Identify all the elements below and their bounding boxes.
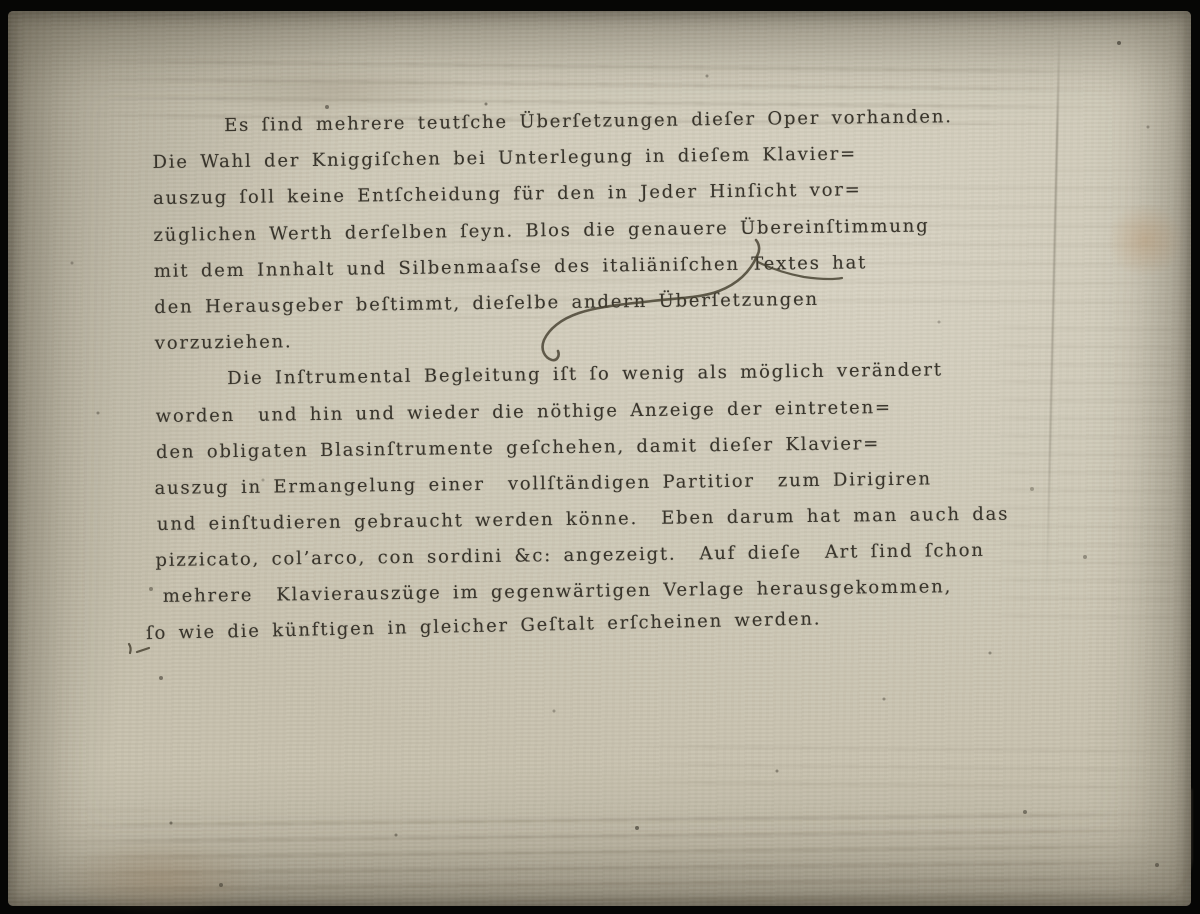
showthrough-lines-right — [988, 311, 1193, 621]
showthrough-lines-bottom — [50, 809, 1170, 901]
showthrough-lines-lower — [638, 733, 1168, 797]
stain — [60, 839, 260, 914]
text-block: Es ſind mehrere teutſche Überſetzungen d… — [152, 106, 1011, 659]
photo-frame: Es ſind mehrere teutſche Überſetzungen d… — [0, 0, 1200, 914]
plate-impression-mark — [708, 789, 1192, 903]
paper-speckles — [8, 11, 10, 13]
stain — [198, 63, 478, 119]
crease-line — [1046, 31, 1061, 601]
stain — [1106, 203, 1184, 277]
